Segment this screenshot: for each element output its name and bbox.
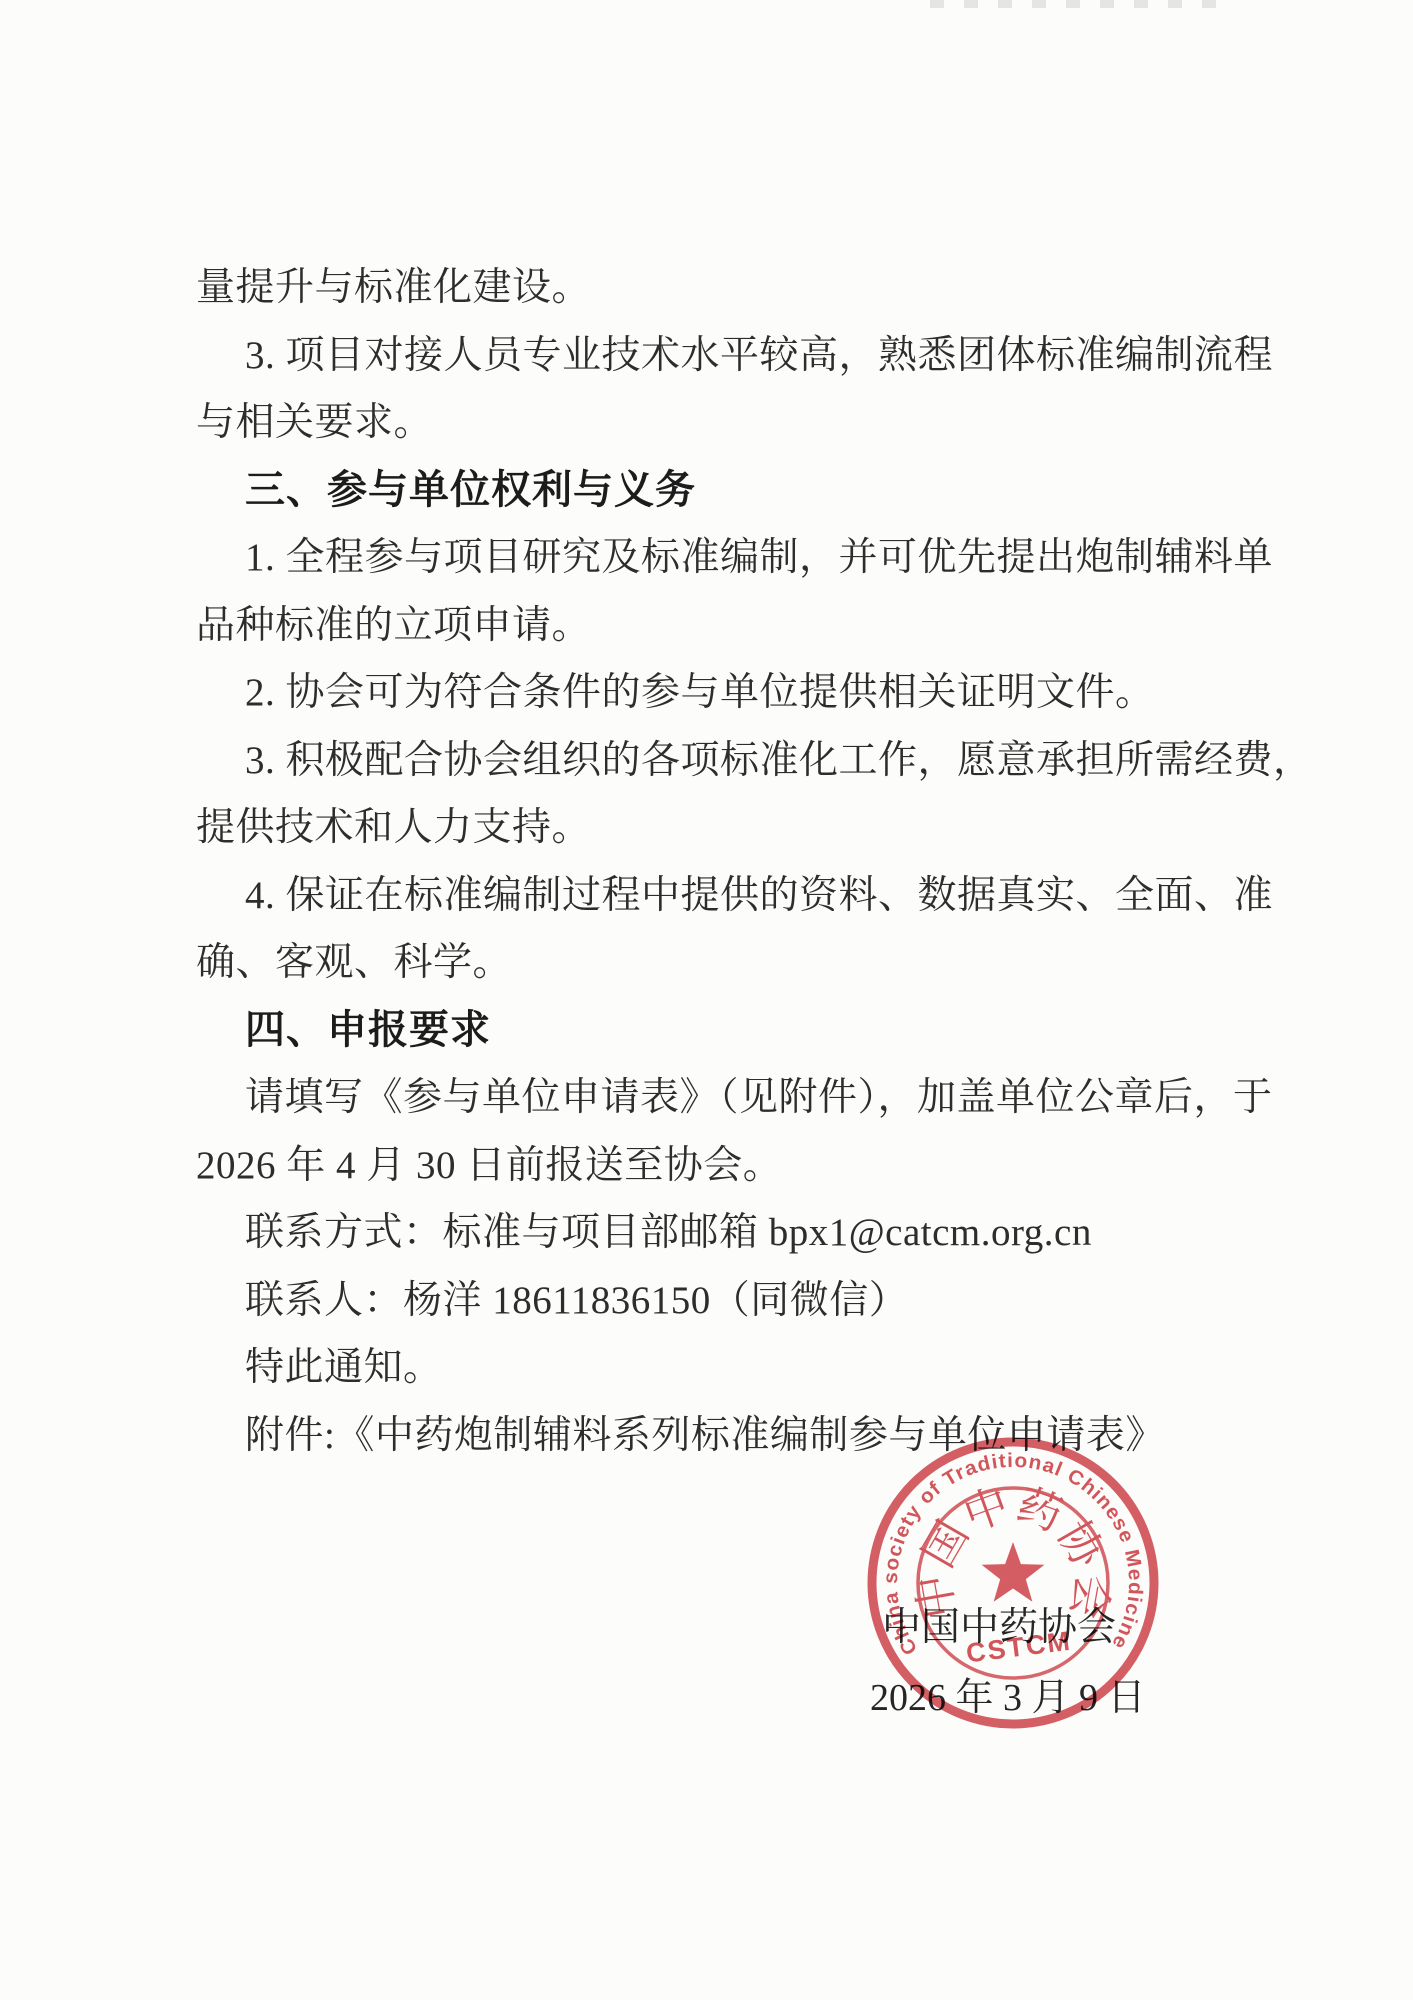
seal-acronym: CSTCM (964, 1626, 1073, 1669)
document-body: 量提升与标准化建设。 3. 项目对接人员专业技术水平较高，熟悉团体标准编制流程 … (196, 254, 1286, 1469)
body-line: 2. 协会可为符合条件的参与单位提供相关证明文件。 (196, 659, 1286, 727)
scan-noise (930, 0, 1220, 8)
body-line: 品种标准的立项申请。 (196, 592, 1286, 660)
star-icon (982, 1542, 1045, 1602)
body-line: 4. 保证在标准编制过程中提供的资料、数据真实、全面、准 (196, 862, 1286, 930)
body-line: 1. 全程参与项目研究及标准编制，并可优先提出炮制辅料单 (196, 524, 1286, 592)
seal-char: 中 (909, 1571, 965, 1623)
section-heading: 三、参与单位权利与义务 (196, 457, 1286, 525)
body-line: 3. 积极配合协会组织的各项标准化工作，愿意承担所需经费， (196, 727, 1286, 795)
contact-email-line: 联系方式：标准与项目部邮箱 bpx1@catcm.org.cn (196, 1199, 1286, 1267)
body-line: 特此通知。 (196, 1334, 1286, 1402)
body-line: 请填写《参与单位申请表》（见附件），加盖单位公章后，于 (196, 1064, 1286, 1132)
section-heading: 四、申报要求 (196, 997, 1286, 1065)
body-line: 提供技术和人力支持。 (196, 794, 1286, 862)
seal-char: 会 (1061, 1571, 1117, 1623)
body-line: 与相关要求。 (196, 389, 1286, 457)
body-line: 量提升与标准化建设。 (196, 254, 1286, 322)
contact-person-line: 联系人：杨洋 18611836150（同微信） (196, 1267, 1286, 1335)
body-line: 3. 项目对接人员专业技术水平较高，熟悉团体标准编制流程 (196, 322, 1286, 390)
seal-stamp: China society of Traditional Chinese Med… (843, 1413, 1183, 1753)
body-line: 2026 年 4 月 30 日前报送至协会。 (196, 1132, 1286, 1200)
body-line: 确、客观、科学。 (196, 929, 1286, 997)
document-page: 量提升与标准化建设。 3. 项目对接人员专业技术水平较高，熟悉团体标准编制流程 … (0, 0, 1413, 2000)
